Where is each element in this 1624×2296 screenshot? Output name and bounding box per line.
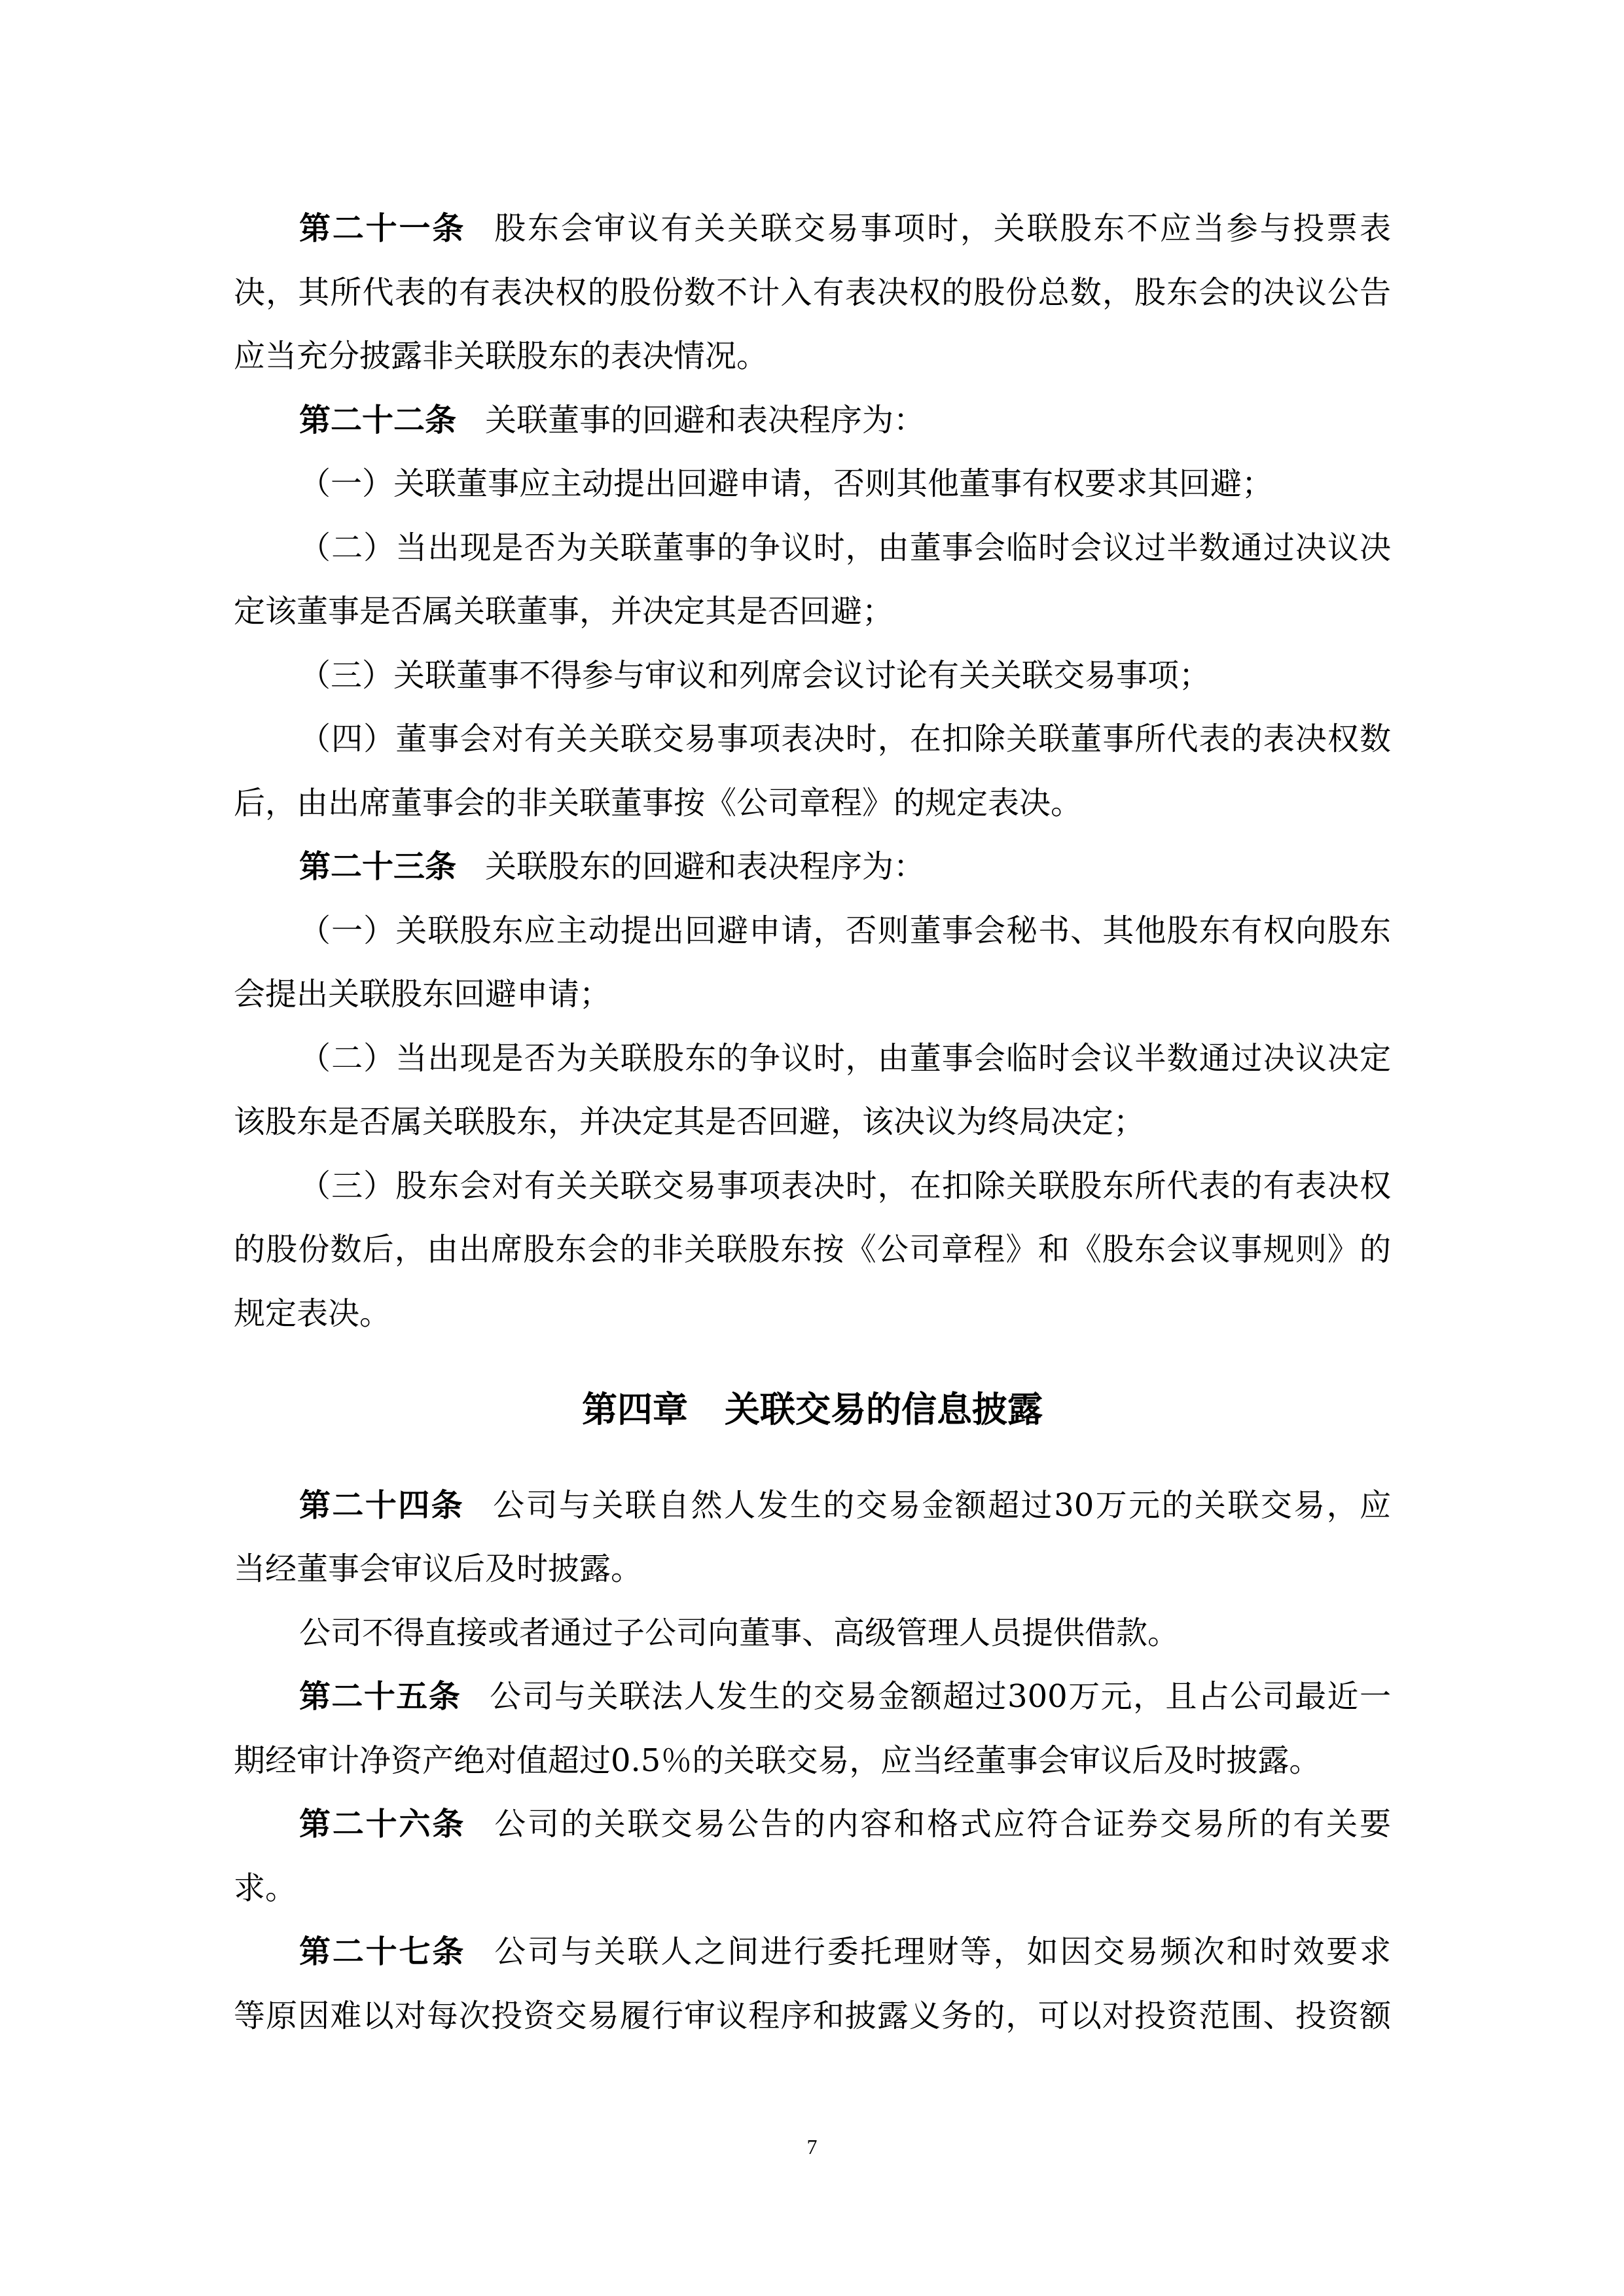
article-number: 第二十七条	[299, 1933, 465, 1970]
article-number: 第二十四条	[299, 1487, 464, 1524]
article-22-item-4-line-1: （四）董事会对有关关联交易事项表决时，在扣除关联董事所代表的表决权数	[234, 708, 1391, 772]
article-23-item-2-line-1: （二）当出现是否为关联股东的争议时，由董事会临时会议半数通过决议决定	[234, 1027, 1391, 1091]
article-27-line-1: 第二十七条公司与关联人之间进行委托理财等，如因交易频次和时效要求	[234, 1920, 1391, 1984]
article-27-line-2: 等原因难以对每次投资交易履行审议程序和披露义务的，可以对投资范围、投资额	[234, 1984, 1391, 2049]
article-22-item-4-line-2: 后，由出席董事会的非关联董事按《公司章程》的规定表决。	[234, 772, 1391, 836]
article-number: 第二十三条	[299, 848, 456, 885]
article-23-item-3-line-2: 的股份数后，由出席股东会的非关联股东按《公司章程》和《股东会议事规则》的	[234, 1218, 1391, 1282]
article-number: 第二十二条	[299, 402, 456, 439]
article-text: 公司的关联交易公告的内容和格式应符合证券交易所的有关要	[494, 1806, 1391, 1842]
article-24-line-2: 当经董事会审议后及时披露。	[234, 1537, 1391, 1602]
article-21-line-1: 第二十一条股东会审议有关关联交易事项时，关联股东不应当参与投票表	[234, 197, 1391, 261]
article-21-line-2: 决，其所代表的有表决权的股份数不计入有表决权的股份总数，股东会的决议公告	[234, 261, 1391, 325]
article-25-line-1: 第二十五条公司与关联法人发生的交易金额超过300万元，且占公司最近一	[234, 1665, 1391, 1729]
article-21-line-3: 应当充分披露非关联股东的表决情况。	[234, 325, 1391, 389]
article-23-item-3-line-1: （三）股东会对有关关联交易事项表决时，在扣除关联股东所代表的有表决权	[234, 1155, 1391, 1219]
page-number: 7	[0, 2132, 1624, 2161]
article-23-item-3-line-3: 规定表决。	[234, 1282, 1391, 1346]
article-22-item-3: （三）关联董事不得参与审议和列席会议讨论有关关联交易事项；	[234, 644, 1391, 708]
article-text: 公司与关联法人发生的交易金额超过300万元，且占公司最近一	[490, 1678, 1391, 1715]
article-text: 关联董事的回避和表决程序为：	[485, 402, 925, 439]
article-25-line-2: 期经审计净资产绝对值超过0.5％的关联交易，应当经董事会审议后及时披露。	[234, 1729, 1391, 1793]
article-24-line-1: 第二十四条公司与关联自然人发生的交易金额超过30万元的关联交易，应	[234, 1474, 1391, 1538]
article-22-item-2-line-2: 定该董事是否属关联董事，并决定其是否回避；	[234, 580, 1391, 644]
article-22-item-2-line-1: （二）当出现是否为关联董事的争议时，由董事会临时会议过半数通过决议决	[234, 516, 1391, 581]
article-number: 第二十一条	[299, 210, 465, 247]
article-26-line-2: 求。	[234, 1857, 1391, 1921]
article-text: 关联股东的回避和表决程序为：	[485, 848, 925, 885]
article-text: 股东会审议有关关联交易事项时，关联股东不应当参与投票表	[494, 210, 1391, 247]
chapter-number: 第四章	[582, 1389, 688, 1430]
article-23-item-2-line-2: 该股东是否属关联股东，并决定其是否回避，该决议为终局决定；	[234, 1090, 1391, 1155]
article-23-item-1-line-2: 会提出关联股东回避申请；	[234, 963, 1391, 1027]
article-24-paragraph-2: 公司不得直接或者通过子公司向董事、高级管理人员提供借款。	[234, 1602, 1391, 1666]
article-number: 第二十五条	[299, 1678, 461, 1715]
document-page: 第二十一条股东会审议有关关联交易事项时，关联股东不应当参与投票表 决，其所代表的…	[0, 0, 1624, 2296]
article-23-item-1-line-1: （一）关联股东应主动提出回避申请，否则董事会秘书、其他股东有权向股东	[234, 899, 1391, 963]
chapter-title: 关联交易的信息披露	[725, 1389, 1043, 1430]
article-22-item-1: （一）关联董事应主动提出回避申请，否则其他董事有权要求其回避；	[234, 452, 1391, 516]
body-text: 第二十一条股东会审议有关关联交易事项时，关联股东不应当参与投票表 决，其所代表的…	[234, 197, 1391, 2048]
article-number: 第二十六条	[299, 1806, 465, 1842]
article-26-line-1: 第二十六条公司的关联交易公告的内容和格式应符合证券交易所的有关要	[234, 1793, 1391, 1857]
article-23-line-1: 第二十三条关联股东的回避和表决程序为：	[234, 835, 1391, 899]
chapter-heading: 第四章关联交易的信息披露	[234, 1346, 1391, 1474]
article-text: 公司与关联人之间进行委托理财等，如因交易频次和时效要求	[494, 1933, 1391, 1970]
article-text: 公司与关联自然人发生的交易金额超过30万元的关联交易，应	[493, 1487, 1391, 1524]
article-22-line-1: 第二十二条关联董事的回避和表决程序为：	[234, 389, 1391, 453]
